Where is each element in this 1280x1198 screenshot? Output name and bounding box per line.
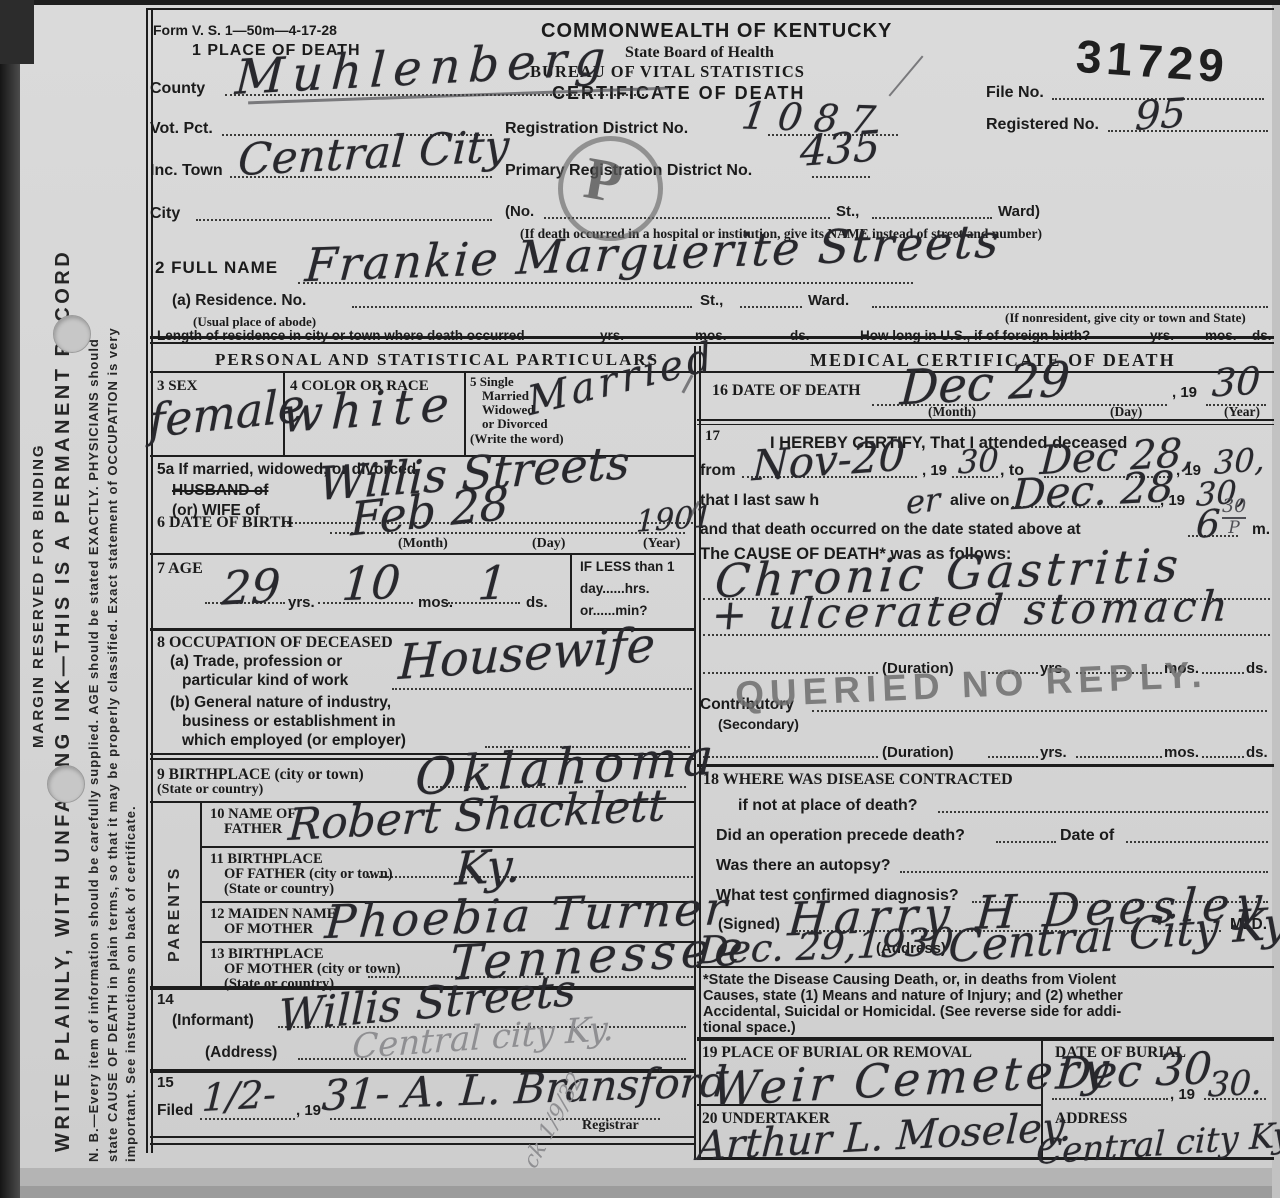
attended-from-label: from <box>700 462 736 480</box>
dotted-line <box>1108 116 1268 132</box>
cell-divider <box>464 372 466 455</box>
occupation-b-label-2: business or establishment in <box>182 713 396 731</box>
m-label: m. <box>1252 521 1270 539</box>
footnote-line4: tional space.) <box>703 1020 796 1036</box>
father-birthplace-value: Ky. <box>454 838 523 896</box>
occupation-a-label-1: (a) Trade, profession or <box>170 653 342 671</box>
dotted-line <box>352 292 692 308</box>
howlong-label: How long in U.S., if of foreign birth? <box>860 328 1090 343</box>
duration-yrs-label: yrs. <box>1040 744 1067 761</box>
city-label: City <box>150 205 180 223</box>
autopsy-label: Was there an autopsy? <box>716 857 891 875</box>
full-name-label: 2 FULL NAME <box>155 258 278 278</box>
birthplace-label-2: (State or country) <box>157 782 263 798</box>
residence-ward-label: Ward. <box>808 292 849 309</box>
occupation-b-label-3: which employed (or employer) <box>182 732 406 750</box>
dod-year-label: (Year) <box>1224 404 1260 420</box>
age-ds-label: ds. <box>526 594 548 611</box>
scan-edge-top <box>0 0 1280 5</box>
registered-no-value: 95 <box>1134 90 1186 140</box>
vot-pct-label: Vot. Pct. <box>150 120 213 138</box>
date-of-burial-value: Dec 30 <box>1054 1043 1213 1100</box>
occupation-label: 8 OCCUPATION OF DECEASED <box>157 634 393 652</box>
dob-year-value: 1901 <box>635 499 712 539</box>
primary-district-value: 435 <box>799 121 881 176</box>
city-ward-label: Ward) <box>998 203 1040 220</box>
county-label: County <box>150 80 205 98</box>
from-19-label: , 19 <box>922 462 947 479</box>
death-time-meridiem: P <box>1228 519 1239 537</box>
rule <box>697 424 1274 425</box>
dotted-line <box>196 205 492 221</box>
dob-label: 6 DATE OF BIRTH <box>157 514 293 532</box>
footnote-line2: Causes, state (1) Means and nature of In… <box>703 988 1123 1004</box>
dotted-line <box>1202 742 1244 758</box>
dotted-line <box>938 797 1268 813</box>
ds-label: ds. <box>1252 328 1272 343</box>
death-certificate-scan: MARGIN RESERVED FOR BINDING WRITE PLAINL… <box>0 0 1280 1198</box>
informant-address-label: (Address) <box>205 1044 277 1062</box>
residence-label: (a) Residence. No. <box>172 292 306 310</box>
dotted-line <box>703 742 878 758</box>
rule <box>150 1136 695 1138</box>
disease-contracted-label: 18 WHERE WAS DISEASE CONTRACTED <box>703 771 1013 789</box>
footnote-line3: Accidental, Suicidal or Homicidal. (See … <box>703 1004 1121 1020</box>
date-of-death-value: Dec 29 <box>899 351 1072 416</box>
margin-nb-note-line2: state CAUSE OF DEATH in plain terms, so … <box>105 327 120 1162</box>
mother-name-label-2: OF MOTHER <box>224 921 313 938</box>
registrar-label: Registrar <box>582 1118 639 1134</box>
date-of-burial-year: 30. <box>1207 1063 1263 1106</box>
age-years-value: 29 <box>221 558 282 615</box>
cell-divider <box>570 555 572 628</box>
dotted-line <box>368 862 693 878</box>
parents-divider <box>200 801 202 986</box>
attended-from-year: 30 <box>957 440 999 481</box>
filed-day-value: 1/2- <box>201 1072 277 1120</box>
if-less-label-3: or......min? <box>580 603 648 618</box>
father-birthplace-label-3: (State or country) <box>224 881 334 898</box>
occupation-a-label-2: particular kind of work <box>182 672 348 690</box>
residence-st-label: St., <box>700 292 723 309</box>
last-saw-date-value: Dec. 28 <box>1011 462 1176 520</box>
filed-number: 15 <box>157 1074 174 1091</box>
dotted-line <box>872 292 1268 308</box>
thick-rule <box>697 1037 1274 1041</box>
rule <box>697 419 1274 421</box>
duration-mos-label: mos. <box>1164 744 1199 761</box>
dotted-line <box>900 857 1268 873</box>
file-no-label: File No. <box>986 84 1044 102</box>
scan-edge-bottom <box>0 1168 1280 1186</box>
death-time-fraction: 30 P <box>1222 496 1246 537</box>
registration-district-label: Registration District No. <box>505 120 688 138</box>
file-no-stamp: 31729 <box>1074 29 1230 94</box>
date-of-death-label: 16 DATE OF DEATH <box>712 382 861 400</box>
dod-19-label: , 19 <box>1172 384 1197 401</box>
rule <box>150 553 695 555</box>
last-saw-er-value: er <box>906 480 940 522</box>
cause-line2-value: + ulcerated stomach <box>710 581 1234 639</box>
signed-date-value: Dec. 29,1930 <box>697 919 955 972</box>
dod-year-value: 30 <box>1211 359 1262 406</box>
age-label: 7 AGE <box>157 560 203 578</box>
filed-label: Filed <box>157 1102 193 1120</box>
death-time-minutes: 30 <box>1222 496 1246 519</box>
husband-of-label: HUSBAND of <box>172 482 268 500</box>
filed-19-label: , 19 <box>296 1102 321 1119</box>
scan-corner-block <box>0 0 34 64</box>
dotted-line <box>1202 658 1244 674</box>
parents-label: PARENTS <box>166 866 184 962</box>
item-17-number: 17 <box>705 428 720 445</box>
form-border-top <box>146 8 1274 10</box>
dotted-line <box>996 827 1056 843</box>
dotted-line <box>740 292 802 308</box>
scan-edge-bottom2 <box>0 1186 1280 1198</box>
informant-number: 14 <box>157 991 174 1008</box>
death-time-hour-value: 6 <box>1195 501 1221 546</box>
father-name-label-2: FATHER <box>224 821 282 838</box>
dotted-line <box>1076 742 1162 758</box>
inc-town-label: Inc. Town <box>150 162 223 180</box>
occupation-b-label-1: (b) General nature of industry, <box>170 694 391 712</box>
form-number: Form V. S. 1—50m—4-17-28 <box>153 22 337 38</box>
age-mos-label: mos. <box>418 594 453 611</box>
death-occurred-label: and that death occurred on the date stat… <box>700 521 1081 539</box>
alive-on-label: alive on <box>950 492 1010 510</box>
if-less-label-2: day......hrs. <box>580 581 650 596</box>
informant-label: (Informant) <box>172 1012 254 1030</box>
nonresident-note: (If nonresident, give city or town and S… <box>1005 310 1246 326</box>
duration-label: (Duration) <box>882 744 954 761</box>
dod-day-label: (Day) <box>1110 404 1142 420</box>
city-no-label: (No. <box>505 203 534 220</box>
yrs-label: yrs. <box>600 328 624 343</box>
form-border-left <box>146 8 148 1153</box>
last-saw-label: that I last saw h <box>700 492 819 510</box>
margin-write-plainly-note: WRITE PLAINLY, WITH UNFADING INK—THIS IS… <box>52 249 75 1152</box>
scan-edge-left <box>0 0 20 1198</box>
age-days-value: 1 <box>476 555 509 610</box>
dotted-line <box>1126 827 1268 843</box>
secondary-label: (Secondary) <box>718 716 799 732</box>
length-residence-label: Length of residence in city or town wher… <box>157 328 525 343</box>
state-board-subtitle: State Board of Health <box>625 44 774 62</box>
margin-nb-note-line1: N. B.—Every item of information should b… <box>86 338 101 1162</box>
ds-label: ds. <box>790 328 810 343</box>
thick-rule <box>697 764 1274 767</box>
operation-label: Did an operation precede death? <box>716 827 965 845</box>
rule <box>150 1143 695 1145</box>
if-less-label-1: IF LESS than 1 <box>580 559 675 574</box>
punch-hole <box>47 765 85 803</box>
duration-ds-label: ds. <box>1246 660 1268 677</box>
duration-ds-label: ds. <box>1246 744 1268 761</box>
margin-binding-note: MARGIN RESERVED FOR BINDING <box>30 443 47 748</box>
mos-label: mos. <box>1205 328 1237 343</box>
dotted-line <box>988 742 1038 758</box>
footnote-line1: *State the Disease Causing Death, or, in… <box>703 972 1116 988</box>
date-of-label: Date of <box>1060 827 1114 845</box>
rule <box>200 846 695 848</box>
margin-nb-note-line3: important. See instructions on back of c… <box>123 805 138 1162</box>
registered-no-label: Registered No. <box>986 116 1099 134</box>
city-st-label: St., <box>836 203 859 220</box>
not-at-place-label: if not at place of death? <box>738 797 918 815</box>
yrs-label: yrs. <box>1150 328 1174 343</box>
punch-hole <box>53 315 91 353</box>
age-months-value: 10 <box>340 555 402 611</box>
age-yrs-label: yrs. <box>288 594 315 611</box>
day-label: (Day) <box>532 536 565 552</box>
scan-edge-right <box>1272 0 1280 1198</box>
